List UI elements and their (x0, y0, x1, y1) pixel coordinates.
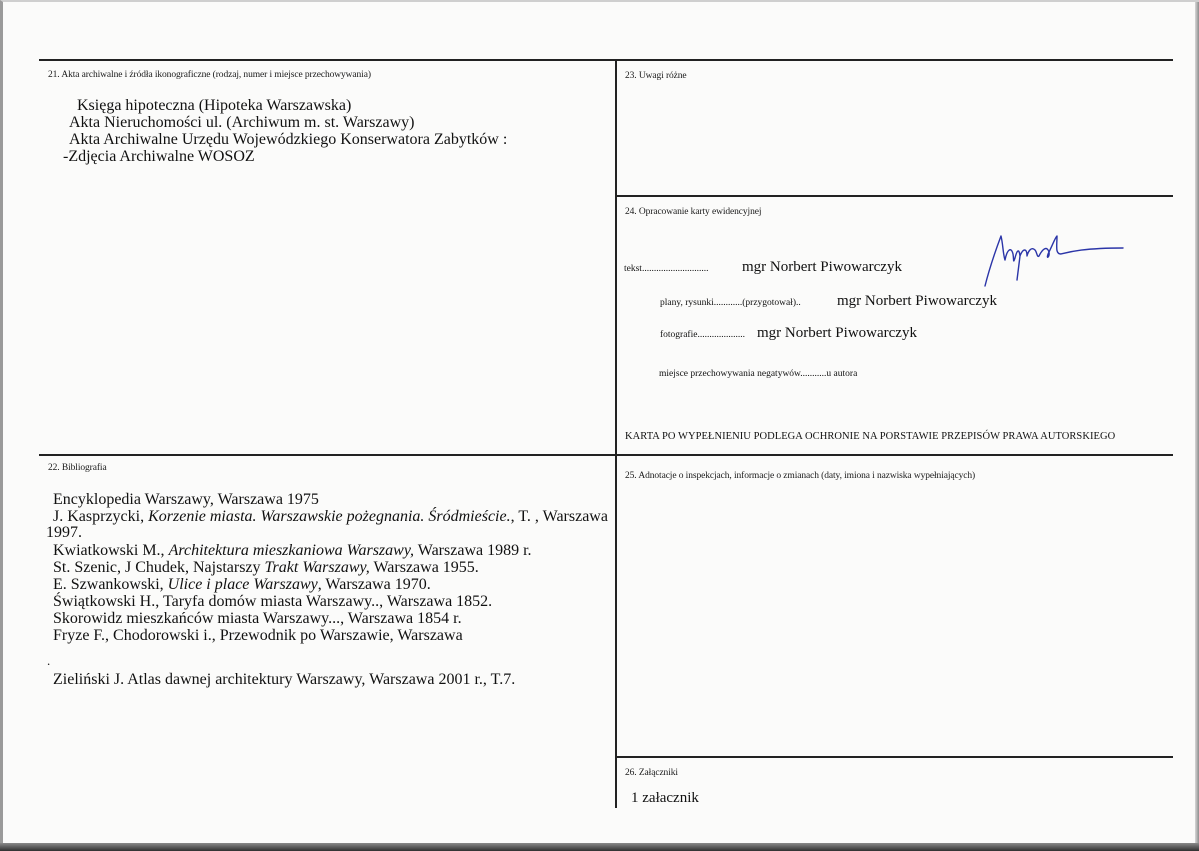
bibliography-entry: St. Szenic, J Chudek, Najstarszy Trakt W… (53, 559, 479, 576)
center-divider (615, 59, 617, 808)
document-page: 21. Akta archiwalne i źródła ikonografic… (0, 0, 1199, 845)
section21-line: Akta Nieruchomości ul. (Archiwum m. st. … (69, 114, 414, 131)
bibliography-entry: Kwiatkowski M., Architektura mieszkaniow… (53, 542, 532, 559)
section26-value: 1 załacznik (631, 790, 699, 807)
tekst-label: tekst............................ (624, 264, 708, 274)
page-edge (1195, 2, 1199, 847)
bibliography-entry: Zieliński J. Atlas dawnej architektury W… (53, 671, 515, 688)
tekst-value: mgr Norbert Piwowarczyk (742, 259, 902, 276)
signature-icon (983, 230, 1133, 290)
bibliography-entry: E. Szwankowski, Ulice i place Warszawy, … (53, 576, 431, 593)
plany-label: plany, rysunki............(przygotował).… (660, 298, 801, 308)
bibliography-entry: Fryze F., Chodorowski i., Przewodnik po … (53, 627, 463, 644)
rule-25-26 (615, 756, 1173, 758)
section21-line: Akta Archiwalne Urzędu Wojewódzkiego Kon… (69, 131, 507, 148)
section25-title: 25. Adnotacje o inspekcjach, informacje … (625, 471, 975, 481)
bibliography-entry: Skorowidz mieszkańców miasta Warszawy...… (53, 610, 462, 627)
bibliography-entry: Encyklopedia Warszawy, Warszawa 1975 (53, 491, 319, 508)
rule-23-24 (615, 195, 1173, 197)
rule-mid (39, 454, 1173, 456)
foto-label: fotografie.................... (660, 330, 745, 340)
section21-line: -Zdjęcia Archiwalne WOSOZ (63, 148, 255, 165)
scanner-bottom-edge (0, 843, 1199, 851)
bibliography-entry-wrap: 1997. (46, 524, 82, 541)
negatywy-note: miejsce przechowywania negatywów........… (659, 369, 857, 379)
bibliography-bullet: . (47, 652, 50, 669)
section24-title: 24. Opracowanie karty ewidencyjnej (625, 207, 761, 217)
top-rule (39, 59, 1173, 61)
bibliography-entry: J. Kasprzycki, Korzenie miasta. Warszaws… (53, 508, 608, 525)
section26-title: 26. Załączniki (625, 768, 678, 778)
section22-title: 22. Bibliografia (48, 463, 107, 473)
section21-line: Księga hipoteczna (Hipoteka Warszawska) (77, 97, 351, 114)
bibliography-entry: Świątkowski H., Taryfa domów miasta Wars… (53, 593, 492, 610)
foto-value: mgr Norbert Piwowarczyk (757, 325, 917, 342)
plany-value: mgr Norbert Piwowarczyk (837, 293, 997, 310)
copyright-notice: KARTA PO WYPEŁNIENIU PODLEGA OCHRONIE NA… (625, 431, 1115, 442)
section23-title: 23. Uwagi różne (625, 71, 687, 81)
section21-title: 21. Akta archiwalne i źródła ikonografic… (48, 70, 371, 80)
